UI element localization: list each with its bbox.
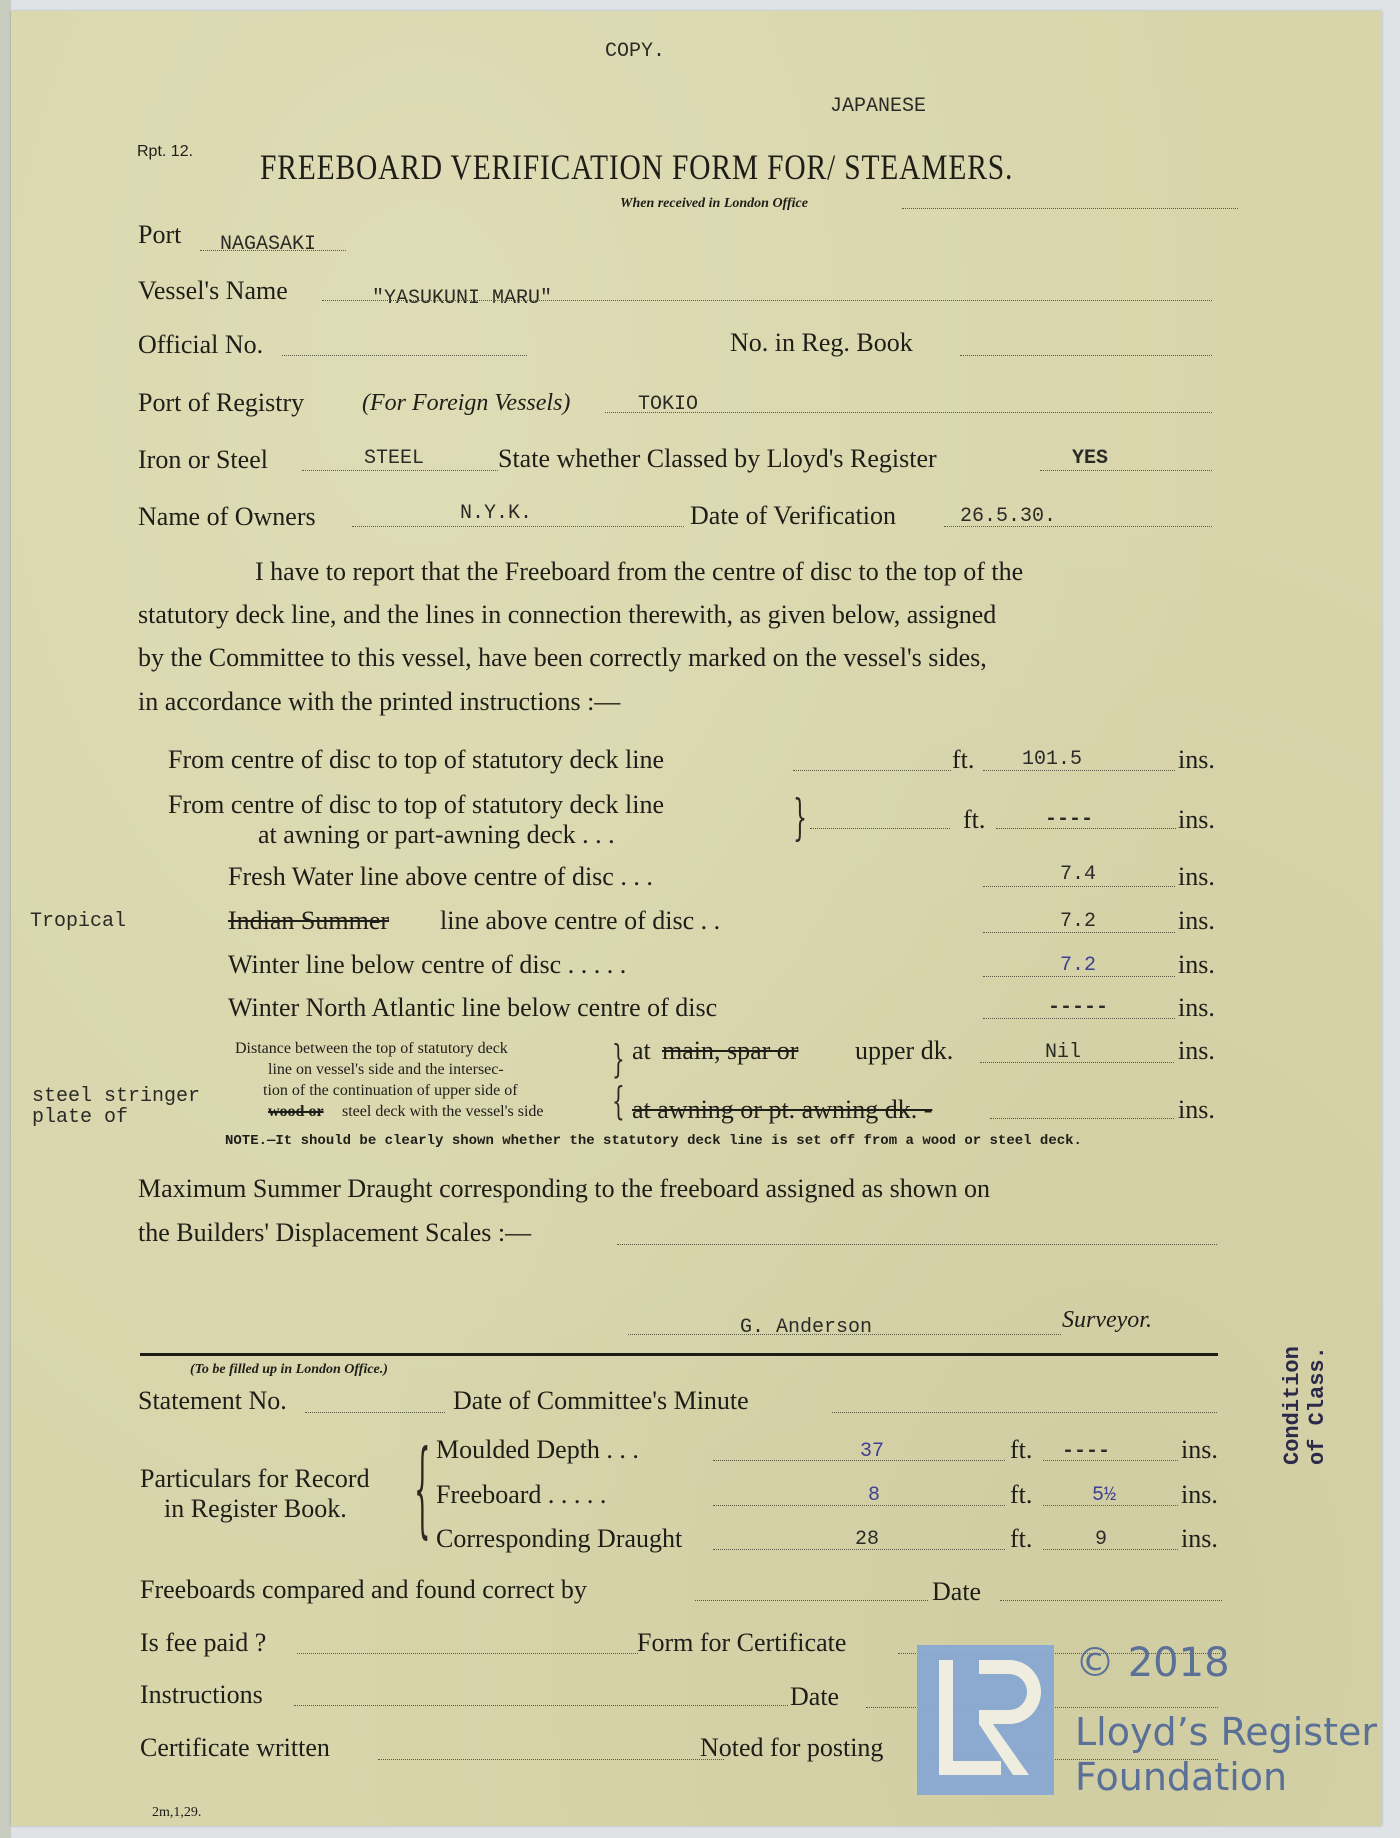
corresponding-draught-label: Corresponding Draught xyxy=(436,1524,682,1554)
deck-desc-line3: tion of the continuation of upper side o… xyxy=(263,1082,518,1100)
instructions-date-label: Date xyxy=(790,1682,839,1712)
iron-steel-label: Iron or Steel xyxy=(138,445,268,475)
instructions-field[interactable] xyxy=(294,1705,788,1706)
upper-deck-label: upper dk. xyxy=(855,1036,953,1066)
measure-row-1-value: 101.5 xyxy=(1022,748,1082,771)
freeboard-label: Freeboard . . . . . xyxy=(436,1480,606,1510)
upper-deck-prefix: at xyxy=(632,1036,651,1066)
print-code: 2m,1,29. xyxy=(152,1805,201,1821)
port-label: Port xyxy=(138,220,181,250)
stringer-annotation-line2: plate of xyxy=(32,1106,128,1129)
ft-label-moulded: ft. xyxy=(1010,1435,1032,1465)
lr-logo-icon xyxy=(917,1645,1054,1795)
ft-label-draught: ft. xyxy=(1010,1524,1032,1554)
measure-row-6-value: ----- xyxy=(1048,996,1108,1019)
moulded-depth-label: Moulded Depth . . . xyxy=(436,1435,639,1465)
measure-row-2-label: From centre of disc to top of statutory … xyxy=(168,790,664,820)
registry-field[interactable] xyxy=(605,412,1212,413)
compared-date-label: Date xyxy=(932,1577,981,1607)
fee-paid-label: Is fee paid ? xyxy=(140,1628,266,1658)
ins-label: ins. xyxy=(1178,745,1215,775)
ft-label-2: ft. xyxy=(963,805,985,835)
freeboard-ft: 8 xyxy=(868,1484,880,1507)
upper-deck-value: Nil xyxy=(1045,1041,1081,1064)
draught-line1: Maximum Summer Draught corresponding to … xyxy=(138,1174,990,1204)
measure-row-5-value: 7.2 xyxy=(1060,954,1096,977)
ins-label-moulded: ins. xyxy=(1181,1435,1218,1465)
port-value: NAGASAKI xyxy=(220,233,316,256)
report-para-line3: by the Committee to this vessel, have be… xyxy=(138,643,987,673)
classed-label: State whether Classed by Lloyd's Registe… xyxy=(498,444,937,474)
draught-line2: the Builders' Displacement Scales :— xyxy=(138,1218,531,1248)
statement-no-label: Statement No. xyxy=(138,1386,287,1416)
tropical-annotation: Tropical xyxy=(30,910,126,933)
iron-steel-value: STEEL xyxy=(364,447,424,470)
measure-row-6-ins-field[interactable] xyxy=(983,1018,1175,1019)
noted-posting-label: Noted for posting xyxy=(700,1733,883,1763)
compared-date-field[interactable] xyxy=(1000,1600,1222,1601)
main-spar-struck: main, spar or xyxy=(662,1036,798,1066)
freeboard-ins: 5½ xyxy=(1092,1484,1116,1507)
owners-label: Name of Owners xyxy=(138,502,316,532)
vessel-name-label: Vessel's Name xyxy=(138,276,288,306)
watermark-org-line2: Foundation xyxy=(1075,1755,1287,1799)
measure-row-1-ft-field[interactable] xyxy=(793,770,951,771)
ins-label-2: ins. xyxy=(1178,805,1215,835)
measure-row-3-value: 7.4 xyxy=(1060,863,1096,886)
measure-row-1-label: From centre of disc to top of statutory … xyxy=(168,745,664,775)
compared-by-field[interactable] xyxy=(695,1600,928,1601)
fee-paid-field[interactable] xyxy=(297,1653,638,1654)
verification-date-label: Date of Verification xyxy=(690,501,896,531)
committee-minute-field[interactable] xyxy=(832,1412,1217,1413)
report-para-line1: I have to report that the Freeboard from… xyxy=(255,557,1023,587)
measure-row-4-ins-field[interactable] xyxy=(983,932,1175,933)
certificate-written-field[interactable] xyxy=(378,1759,724,1760)
measure-row-4-value: 7.2 xyxy=(1060,910,1096,933)
awning-deck-field[interactable] xyxy=(990,1118,1174,1119)
reg-book-label: No. in Reg. Book xyxy=(730,328,913,358)
moulded-depth-ins-field[interactable] xyxy=(1043,1460,1178,1461)
ins-label-freeboard: ins. xyxy=(1181,1480,1218,1510)
ft-label: ft. xyxy=(952,745,974,775)
ins-label-4: ins. xyxy=(1178,906,1215,936)
watermark-org-line1: Lloyd’s Register xyxy=(1075,1710,1377,1754)
report-para-line2: statutory deck line, and the lines in co… xyxy=(138,600,996,630)
official-no-label: Official No. xyxy=(138,330,263,360)
committee-minute-label: Date of Committee's Minute xyxy=(453,1386,749,1416)
deck-note: NOTE.—It should be clearly shown whether… xyxy=(225,1133,1082,1149)
registry-note: (For Foreign Vessels) xyxy=(362,390,570,417)
measure-row-6-label: Winter North Atlantic line below centre … xyxy=(228,993,717,1023)
corresponding-draught-ins-field[interactable] xyxy=(1043,1549,1178,1550)
surveyor-name: G. Anderson xyxy=(740,1316,872,1339)
surveyor-role: Surveyor. xyxy=(1062,1307,1152,1334)
particulars-label-line2: in Register Book. xyxy=(164,1494,347,1524)
reg-book-field[interactable] xyxy=(960,355,1212,356)
verification-date-value: 26.5.30. xyxy=(960,505,1056,528)
deck-desc-wood-struck: wood or xyxy=(268,1103,324,1121)
owners-value: N.Y.K. xyxy=(460,502,532,525)
measure-row-2-ins-field[interactable] xyxy=(996,828,1176,829)
iron-steel-field[interactable] xyxy=(302,470,498,471)
deck-desc-line4: steel deck with the vessel's side xyxy=(342,1103,544,1121)
measure-row-5-ins-field[interactable] xyxy=(983,976,1175,977)
registry-label: Port of Registry xyxy=(138,388,304,418)
corresponding-draught-ft-field[interactable] xyxy=(713,1549,1005,1550)
vessel-name-value: "YASUKUNI MARU" xyxy=(372,287,552,310)
official-no-field[interactable] xyxy=(282,355,527,356)
upper-deck-field[interactable] xyxy=(980,1062,1174,1063)
corresponding-draught-ins: 9 xyxy=(1095,1528,1107,1551)
london-section-header: (To be filled up in London Office.) xyxy=(190,1362,388,1378)
statement-no-field[interactable] xyxy=(305,1412,445,1413)
report-code: Rpt. 12. xyxy=(137,143,193,161)
measure-row-3-label: Fresh Water line above centre of disc . … xyxy=(228,862,653,892)
lr-logo xyxy=(917,1645,1054,1795)
condition-of-class-stamp: Condition of Class. xyxy=(1280,1345,1330,1465)
ins-label-7: ins. xyxy=(1178,1036,1215,1066)
deck-desc-line1: Distance between the top of statutory de… xyxy=(235,1040,508,1058)
ins-label-5: ins. xyxy=(1178,950,1215,980)
deck-desc-line2: line on vessel's side and the intersec- xyxy=(268,1061,504,1079)
verification-date-field[interactable] xyxy=(944,526,1212,527)
classed-field[interactable] xyxy=(1040,470,1212,471)
certificate-written-label: Certificate written xyxy=(140,1733,330,1763)
copy-stamp: COPY. xyxy=(605,40,665,63)
certificate-form-label: Form for Certificate xyxy=(637,1628,846,1658)
measure-row-1-ins-field[interactable] xyxy=(983,770,1175,771)
london-received-field[interactable] xyxy=(902,208,1238,209)
measure-row-2-ft-field[interactable] xyxy=(810,828,950,829)
measure-row-2-label2: at awning or part-awning deck . . . xyxy=(258,820,615,850)
ins-label-draught: ins. xyxy=(1181,1524,1218,1554)
awning-deck-struck: at awning or pt. awning dk. - xyxy=(632,1095,932,1125)
measure-row-5-label: Winter line below centre of disc . . . .… xyxy=(228,950,626,980)
instructions-label: Instructions xyxy=(140,1680,263,1710)
scan-edge xyxy=(0,0,11,1838)
ins-label-3: ins. xyxy=(1178,862,1215,892)
corresponding-draught-ft: 28 xyxy=(855,1528,879,1551)
vessel-name-field[interactable] xyxy=(322,300,1212,301)
port-field[interactable] xyxy=(200,250,346,251)
indian-summer-struck: Indian Summer xyxy=(228,906,389,936)
measure-row-3-ins-field[interactable] xyxy=(983,886,1175,887)
measure-row-4-label: line above centre of disc . . xyxy=(440,906,720,936)
classed-value: YES xyxy=(1072,447,1108,470)
ft-label-freeboard: ft. xyxy=(1010,1480,1032,1510)
compared-label: Freeboards compared and found correct by xyxy=(140,1575,587,1605)
ins-label-8: ins. xyxy=(1178,1095,1215,1125)
ins-label-6: ins. xyxy=(1178,993,1215,1023)
stringer-annotation-line1: steel stringer xyxy=(32,1085,200,1108)
form-title: FREEBOARD VERIFICATION FORM FOR/ STEAMER… xyxy=(260,146,1013,188)
owners-field[interactable] xyxy=(352,526,684,527)
section-divider xyxy=(140,1353,1218,1356)
draught-field[interactable] xyxy=(617,1244,1217,1245)
moulded-depth-ft-field[interactable] xyxy=(713,1460,1005,1461)
watermark-copyright: © 2018 xyxy=(1075,1640,1230,1686)
report-para-line4: in accordance with the printed instructi… xyxy=(138,687,620,717)
london-received-label: When received in London Office xyxy=(620,196,808,212)
freeboard-ft-field[interactable] xyxy=(713,1505,1005,1506)
nationality-stamp: JAPANESE xyxy=(830,95,926,118)
particulars-label-line1: Particulars for Record xyxy=(140,1464,370,1494)
freeboard-ins-field[interactable] xyxy=(1043,1505,1178,1506)
